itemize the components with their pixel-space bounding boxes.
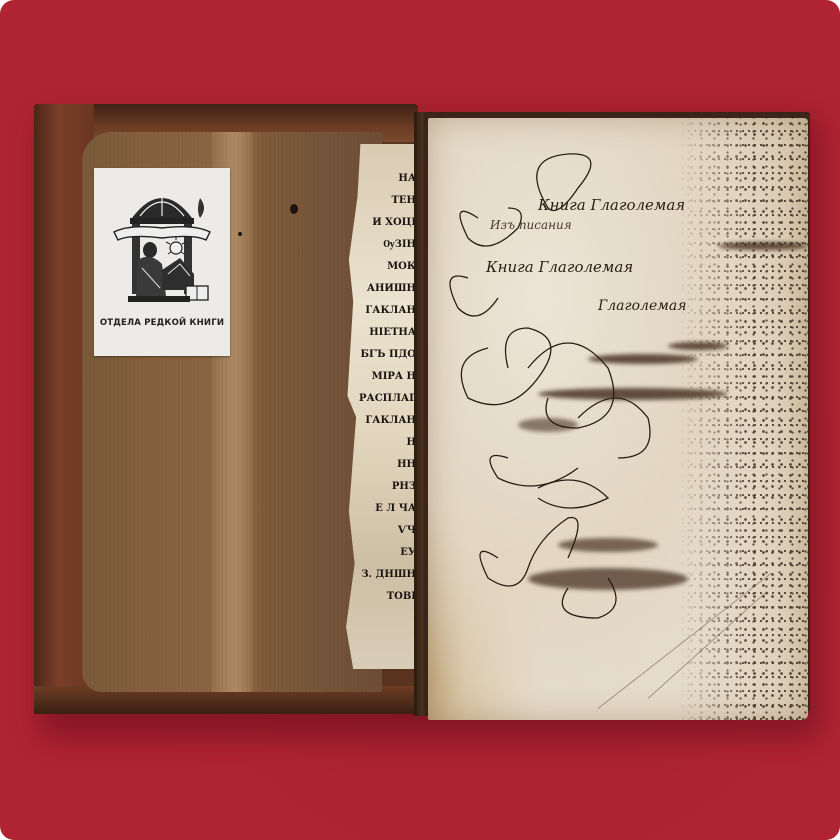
fragment-line: И ХОЦІ <box>358 212 416 234</box>
fragment-line: МІРА Н <box>358 366 416 388</box>
fragment-line: НІЕТНА <box>358 322 416 344</box>
fragment-line: ТОВІ <box>358 586 416 608</box>
printed-page-fragment: НА ТЕН И ХОЦІ ѸЗІН МОК АНИШН ГАКЛАН НІЕТ… <box>346 144 418 669</box>
fragment-line: ѴЧ <box>358 520 416 542</box>
fragment-line: МОК <box>358 256 416 278</box>
bookplate: ОТДЕЛА РЕДКОЙ КНИГИ <box>94 168 230 356</box>
ink-spot <box>290 204 298 214</box>
fragment-line: ГАКЛАН <box>358 300 416 322</box>
manuscript-page: Книга Глаголемая Изъ писания Книга Глаго… <box>428 118 808 720</box>
fragment-line: ГАКЛАН <box>358 410 416 432</box>
fragment-line: НН <box>358 454 416 476</box>
fragment-line: РНЗ <box>358 476 416 498</box>
fragment-line: ТЕН <box>358 190 416 212</box>
fragment-line: АНИШН <box>358 278 416 300</box>
fragment-text: НА ТЕН И ХОЦІ ѸЗІН МОК АНИШН ГАКЛАН НІЕТ… <box>358 168 416 608</box>
ink-spot <box>238 232 242 236</box>
fragment-line: БГЪ ПДО <box>358 344 416 366</box>
photo-frame: ОТДЕЛА РЕДКОЙ КНИГИ НА ТЕН И ХОЦІ ѸЗІН М… <box>0 0 840 840</box>
fragment-line: НА <box>358 168 416 190</box>
monk-scribe-woodcut-icon <box>110 178 214 318</box>
fragment-line: Н <box>358 432 416 454</box>
fragment-line: ЕУ <box>358 542 416 564</box>
bookplate-caption: ОТДЕЛА РЕДКОЙ КНИГИ <box>94 318 230 328</box>
fragment-line: РАСПЛАГ <box>358 388 416 410</box>
fragment-line: З. ДНШН <box>358 564 416 586</box>
calligraphic-flourish-icon <box>428 118 808 720</box>
fragment-line: Е Л ЧА <box>358 498 416 520</box>
fragment-line: ѸЗІН <box>358 234 416 256</box>
